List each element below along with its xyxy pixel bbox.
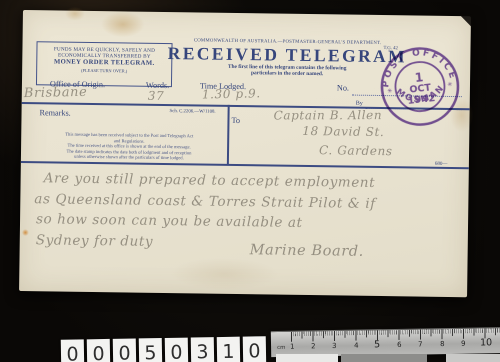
paper-stain xyxy=(65,7,85,21)
ruler-number: 7 xyxy=(418,340,423,348)
received-notice: This message has been received subject t… xyxy=(33,131,225,161)
message-line: as Queensland coast & Torres Strait Pilo… xyxy=(34,191,376,212)
stamp-star-icon: ✳ xyxy=(387,88,393,96)
ruler-number: 6 xyxy=(397,341,402,349)
message-rule xyxy=(21,161,469,169)
address-line: C. Gardens xyxy=(319,143,393,158)
ruler-number: 2 xyxy=(311,342,316,350)
remarks-label: Remarks. xyxy=(40,108,71,117)
address-line: 18 David St. xyxy=(302,124,384,139)
catalog-digit-tile: 0 xyxy=(165,338,189,362)
ruler-number: 1 xyxy=(290,343,295,351)
no-label: No. xyxy=(337,83,349,92)
office-of-origin-value: Brisbane xyxy=(24,85,88,101)
telegram-paper: FUNDS MAY BE QUICKLY, SAFELY AND ECONOMI… xyxy=(19,10,471,297)
grayscale-patch xyxy=(276,354,338,362)
paper-stain xyxy=(101,11,145,38)
ruler-number: 3 xyxy=(332,342,337,350)
catalog-digit-tile: 0 xyxy=(87,339,111,362)
address-line: Captain B. Allen xyxy=(274,108,383,122)
plate-ref: 680— xyxy=(435,162,448,167)
ruler-number: 4 xyxy=(354,342,359,350)
message-line: Are you still prepared to accept employm… xyxy=(44,170,376,191)
ruler-number: 5 xyxy=(374,339,380,350)
ruler: cm 1 2 3 4 5 6 7 8 9 10 xyxy=(271,327,500,357)
paper-stain xyxy=(169,257,279,291)
message-line: so how soon can you be available at xyxy=(36,211,303,231)
catalog-digit-tile: 1 xyxy=(217,337,241,362)
time-lodged-value: 1.30 p.9. xyxy=(202,86,261,101)
paper-stain xyxy=(22,229,29,236)
grayscale-patch xyxy=(446,354,500,362)
catalog-digit-tile: 0 xyxy=(113,338,137,362)
grayscale-patch xyxy=(341,354,427,362)
ruler-number: 8 xyxy=(440,340,445,348)
paper-corner-fold xyxy=(459,14,473,28)
ruler-number: 10 xyxy=(480,337,492,348)
catalog-digit-tile: 3 xyxy=(191,337,215,362)
message-signature: Marine Board. xyxy=(250,242,364,260)
catalog-number-strip: 0 0 0 5 0 3 1 0 xyxy=(61,336,266,362)
stamp-star-icon: ✳ xyxy=(447,81,453,89)
words-value: 37 xyxy=(148,89,165,103)
catalog-digit-tile: 5 xyxy=(139,338,163,362)
ruler-unit-label: cm xyxy=(277,345,285,351)
schedule-ref: Sch. C.2206.—W/1108. xyxy=(122,108,216,114)
catalog-digit-tile: 0 xyxy=(61,339,85,362)
message-line: Sydney for duty xyxy=(36,232,154,250)
to-label: To xyxy=(231,116,240,125)
stamp-year: 1942 xyxy=(407,93,436,107)
column-divider xyxy=(227,105,229,165)
catalog-digit-tile: 0 xyxy=(243,336,267,362)
postmark-stamp: POST OFFICE MOSMAN ✳ ✳ 1 OCT 1942 xyxy=(371,38,468,135)
ruler-number: 9 xyxy=(461,340,466,348)
photo-backdrop: { "photo": { "catalog_number": { "digits… xyxy=(0,0,500,362)
